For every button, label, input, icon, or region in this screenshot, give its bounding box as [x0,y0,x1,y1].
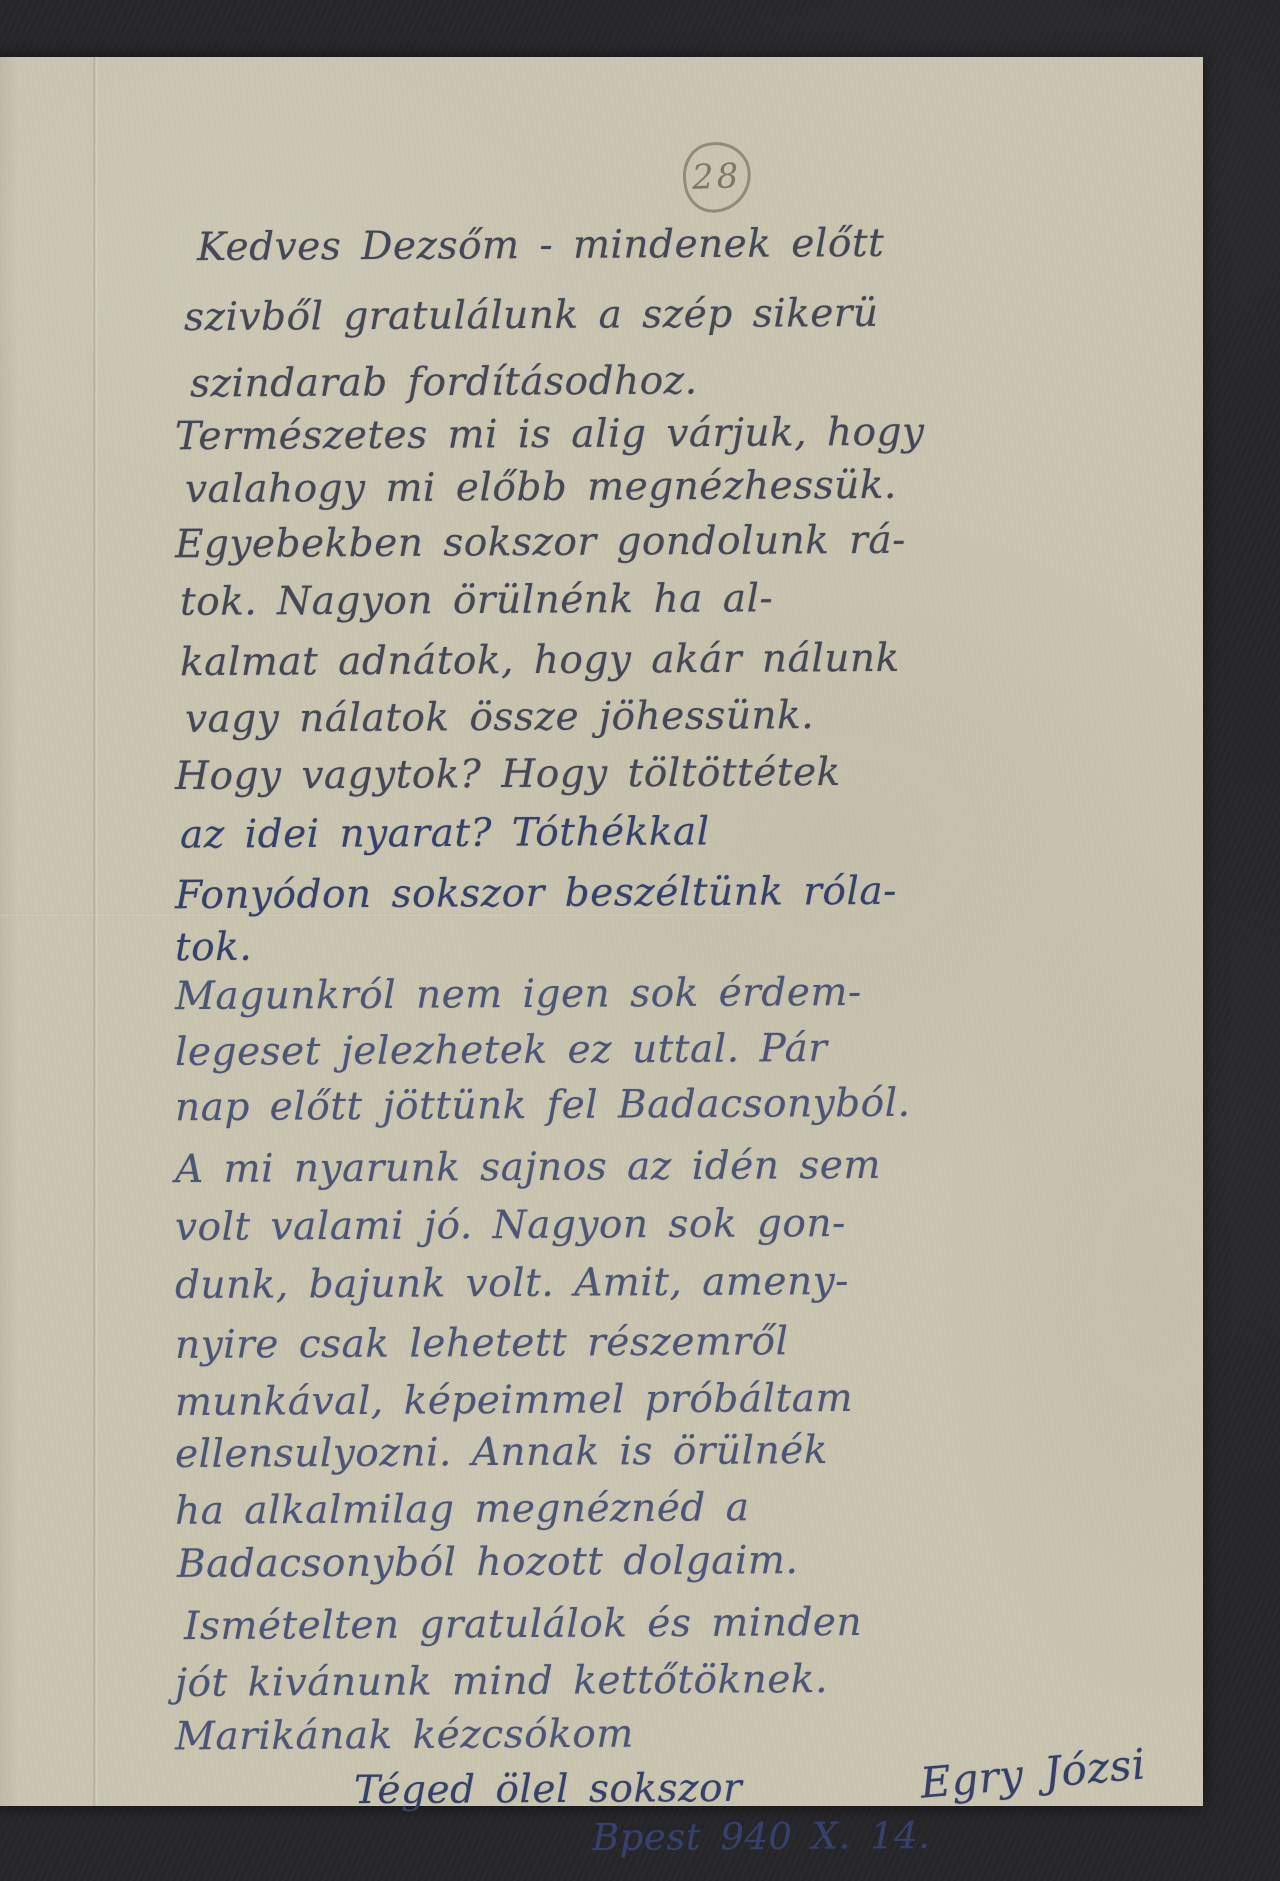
letter-line: szindarab fordításodhoz. [190,360,698,406]
letter-line: Marikának kézcsókom [175,1714,634,1760]
letter-line: Fonyódon sokszor beszéltünk róla- [175,871,897,918]
letter-line: az idei nyarat? Tóthékkal [180,811,710,857]
signature-line: Egry Józsi [918,1741,1147,1807]
farewell-line: Téged ölel sokszor [354,1768,742,1813]
letter-line: valahogy mi előbb megnézhessük. [185,465,897,512]
letter-line: vagy nálatok össze jöhessünk. [185,695,814,742]
letter-line: dunk, bajunk volt. Amit, ameny- [175,1261,849,1308]
letter-line: tok. [175,927,252,970]
letter-line: Magunkról nem igen sok érdem- [175,972,862,1019]
vertical-fold-crease [93,57,98,1806]
letter-line: ha alkalmilag megnéznéd a [175,1487,750,1533]
letter-line: Természetes mi is alig várjuk, hogy [175,412,925,459]
letter-line: nap előtt jöttünk fel Badacsonyból. [175,1083,911,1130]
letter-line: volt valami jó. Nagyon sok gon- [175,1203,846,1250]
letter-line: kalmat adnátok, hogy akár nálunk [180,638,900,685]
letter-line: legeset jelezhetek ez uttal. Pár [175,1028,828,1075]
paper-edge-shadow [0,57,18,1806]
letter-line: A mi nyarunk sajnos az idén sem [175,1145,881,1192]
letter-line: Hogy vagytok? Hogy töltöttétek [175,752,841,799]
letter-line: Egyebekben sokszor gondolunk rá- [175,520,906,567]
letter-line: Ismételten gratulálok és minden [184,1602,862,1649]
page-number-stamp: 28 [678,138,755,217]
page-number: 28 [692,156,743,198]
date-line: Bpest 940 X. 14. [592,1816,931,1859]
letter-line: tok. Nagyon örülnénk ha al- [180,578,773,625]
letter-line: munkával, képeimmel próbáltam [175,1378,853,1425]
letter-line: jót kivánunk mind kettőtöknek. [175,1659,828,1706]
letter-line: nyire csak lehetett részemről [175,1321,789,1368]
letter-line: Badacsonyból hozott dolgaim. [177,1540,799,1587]
letter-line: szivből gratulálunk a szép sikerü [184,293,879,340]
letter-line: Kedves Dezsőm - mindenek előtt [197,223,884,270]
letter-paper: 28 Kedves Dezsőm - mindenek előtt szivbő… [0,57,1203,1806]
photo-backdrop: 28 Kedves Dezsőm - mindenek előtt szivbő… [0,0,1280,1881]
letter-line: ellensulyozni. Annak is örülnék [175,1430,828,1477]
